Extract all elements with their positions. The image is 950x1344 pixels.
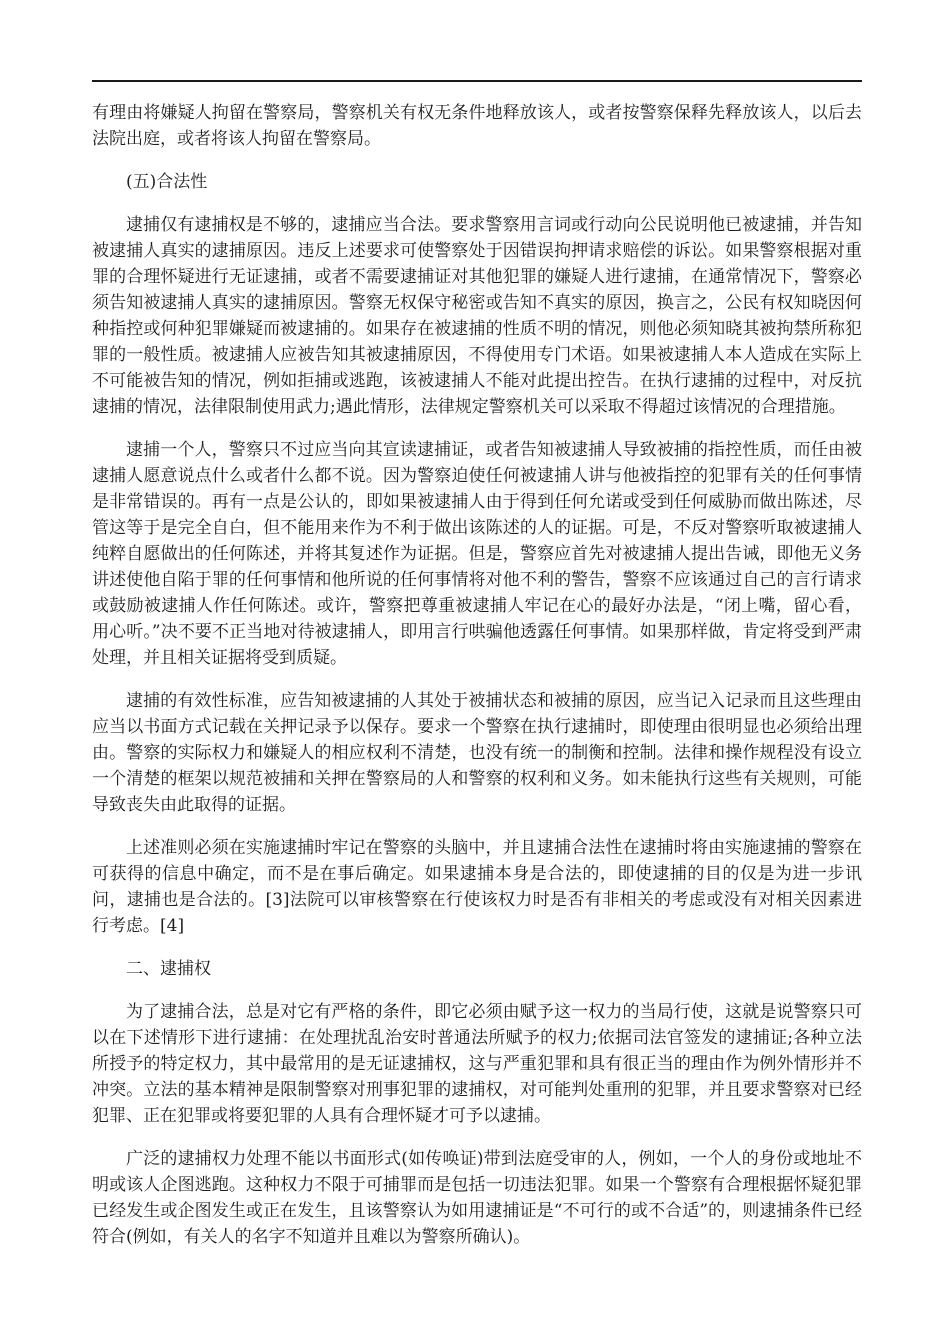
paragraph-legality-3: 逮捕的有效性标准，应告知被逮捕的人其处于被捕状态和被捕的原因，应当记入记录而且这… [92,688,862,818]
paragraph-arrest-power-2: 广泛的逮捕权力处理不能以书面形式(如传唤证)带到法庭受审的人，例如，一个人的身份… [92,1146,862,1250]
paragraph-arrest-power-1: 为了逮捕合法，总是对它有严格的条件，即它必须由赋予这一权力的当局行使，这就是说警… [92,999,862,1129]
paragraph-legality-2: 逮捕一个人，警察只不过应当向其宣读逮捕证，或者告知被逮捕人导致被捕的指控性质，而… [92,437,862,671]
section-heading-arrest-power: 二、逮捕权 [92,956,862,982]
document-page: 有理由将嫌疑人拘留在警察局，警察机关有权无条件地释放该人，或者按警察保释先释放该… [0,0,950,1344]
paragraph-legality-1: 逮捕仅有逮捕权是不够的，逮捕应当合法。要求警察用言词或行动向公民说明他已被逮捕，… [92,212,862,420]
intro-continuation-paragraph: 有理由将嫌疑人拘留在警察局，警察机关有权无条件地释放该人，或者按警察保释先释放该… [92,100,862,152]
paragraph-legality-4: 上述准则必须在实施逮捕时牢记在警察的头脑中，并且逮捕合法性在逮捕时将由实施逮捕的… [92,835,862,939]
top-divider [92,80,862,82]
section-heading-legality: (五)合法性 [92,169,862,195]
